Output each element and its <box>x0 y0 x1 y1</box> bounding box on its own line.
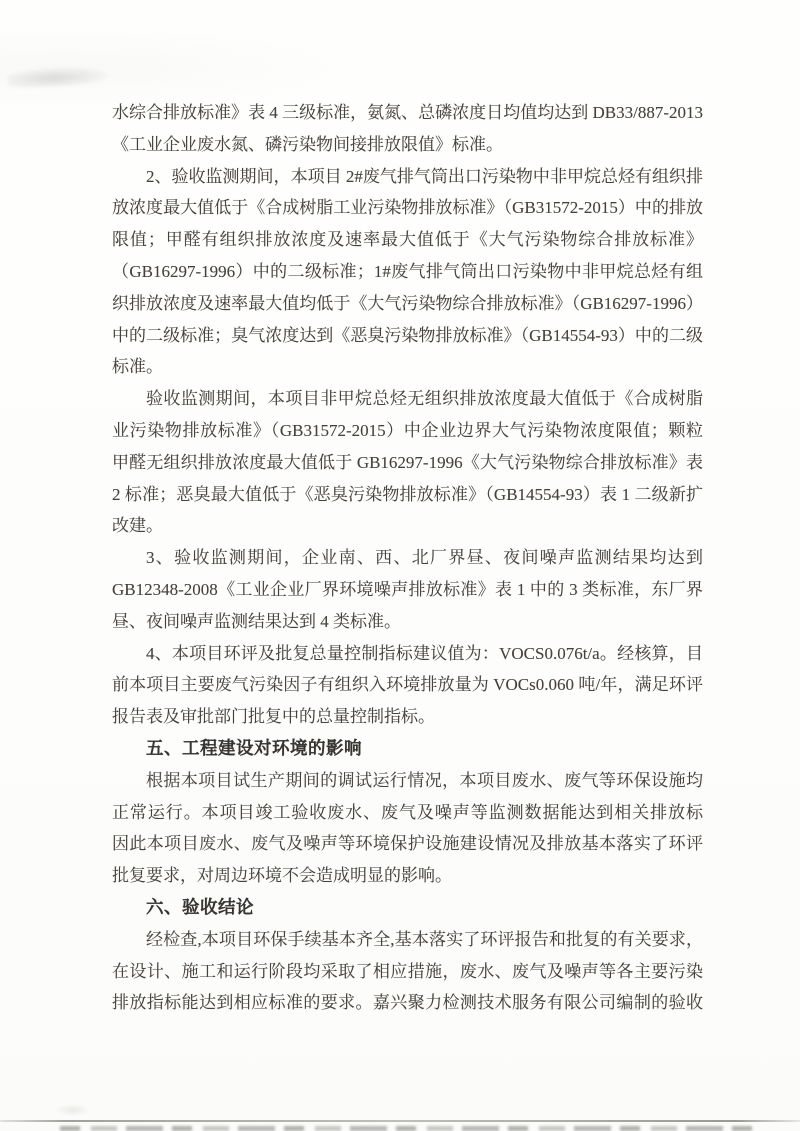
text-line: 因此本项目废水、废气及噪声等环境保护设施建设情况及排放基本落实了环评及 <box>112 828 703 860</box>
text-line: 在设计、施工和运行阶段均采取了相应措施，废水、废气及噪声等各主要污染物 <box>112 956 703 988</box>
next-page-text-blur <box>60 1126 760 1131</box>
text-line: 放浓度最大值低于《合成树脂工业污染物排放标准》（GB31572-2015）中的排… <box>112 192 703 224</box>
text-line: 批复要求，对周边环境不会造成明显的影响。 <box>112 860 703 892</box>
text-line: 报告表及审批部门批复中的总量控制指标。 <box>112 701 703 733</box>
text-line: 经检查,本项目环保手续基本齐全,基本落实了环评报告和批复的有关要求， <box>112 924 703 956</box>
text-line: 3、验收监测期间，企业南、西、北厂界昼、夜间噪声监测结果均达到 <box>112 542 703 574</box>
text-line: 限值；甲醛有组织排放浓度及速率最大值低于《大气污染物综合排放标准》 <box>112 224 703 256</box>
scan-smudge-bottom-left <box>55 1104 90 1116</box>
text-line: 2、验收监测期间，本项目 2#废气排气筒出口污染物中非甲烷总烃有组织排 <box>112 161 703 193</box>
text-line: 业污染物排放标准》（GB31572-2015）中企业边界大气污染物浓度限值；颗粒… <box>112 415 703 447</box>
text-line: 4、本项目环评及批复总量控制指标建议值为：VOCS0.076t/a。经核算，目 <box>112 638 703 670</box>
text-line: 2 标准；恶臭最大值低于《恶臭污染物排放标准》（GB14554-93）表 1 二… <box>112 479 703 511</box>
text-line: 甲醛无组织排放浓度最大值低于 GB16297-1996《大气污染物综合排放标准》… <box>112 447 703 479</box>
page-edge-line <box>0 1120 800 1122</box>
text-line: GB12348-2008《工业企业厂界环境噪声排放标准》表 1 中的 3 类标准… <box>112 574 703 606</box>
scan-smudge-top-left <box>8 65 109 88</box>
text-line: 织排放浓度及速率最大值均低于《大气污染物综合排放标准》（GB16297-1996… <box>112 288 703 320</box>
text-line: 根据本项目试生产期间的调试运行情况，本项目废水、废气等环保设施均能 <box>112 765 703 797</box>
text-line: 正常运行。本项目竣工验收废水、废气及噪声等监测数据能达到相关排放标准； <box>112 797 703 829</box>
text-line: 水综合排放标准》表 4 三级标准，氨氮、总磷浓度日均值均达到 DB33/887-… <box>112 97 703 129</box>
text-line: 改建。 <box>112 510 703 542</box>
document-page: 水综合排放标准》表 4 三级标准，氨氮、总磷浓度日均值均达到 DB33/887-… <box>0 0 800 1131</box>
section-heading-5: 五、工程建设对环境的影响 <box>112 733 703 765</box>
text-line: 前本项目主要废气污染因子有组织入环境排放量为 VOCs0.060 吨/年，满足环… <box>112 669 703 701</box>
text-line: 排放指标能达到相应标准的要求。嘉兴聚力检测技术服务有限公司编制的验收报 <box>112 987 703 1019</box>
text-line: 标准。 <box>112 351 703 383</box>
text-line: 《工业企业废水氮、磷污染物间接排放限值》标准。 <box>112 129 703 161</box>
text-line: （GB16297-1996）中的二级标准；1#废气排气筒出口污染物中非甲烷总烃有… <box>112 256 703 288</box>
page-text-body: 水综合排放标准》表 4 三级标准，氨氮、总磷浓度日均值均达到 DB33/887-… <box>112 97 703 1019</box>
text-line: 中的二级标准；臭气浓度达到《恶臭污染物排放标准》（GB14554-93）中的二级 <box>112 320 703 352</box>
section-heading-6: 六、验收结论 <box>112 892 703 924</box>
text-line: 验收监测期间，本项目非甲烷总烃无组织排放浓度最大值低于《合成树脂工 <box>112 383 703 415</box>
text-line: 昼、夜间噪声监测结果达到 4 类标准。 <box>112 606 703 638</box>
